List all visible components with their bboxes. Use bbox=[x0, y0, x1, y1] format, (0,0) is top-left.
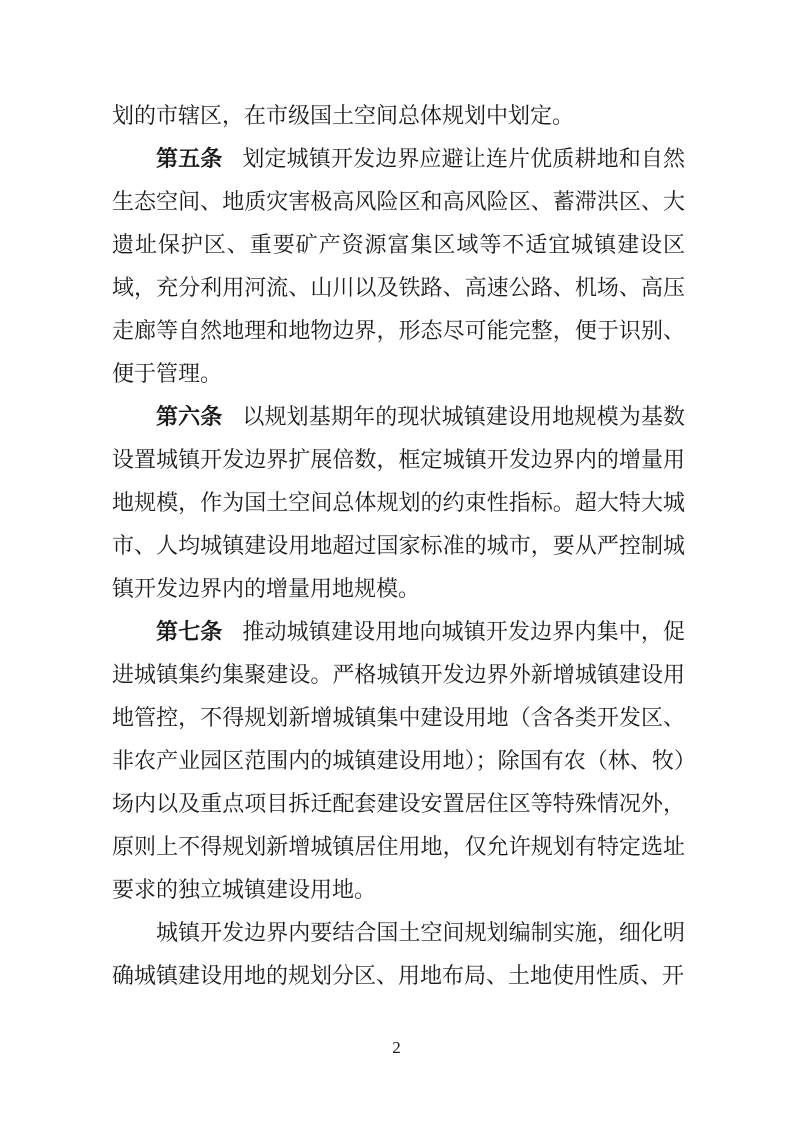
article-number: 第七条 bbox=[156, 619, 222, 644]
paragraph-text: 划的市辖区，在市级国土空间总体规划中划定。 bbox=[112, 103, 574, 128]
paragraph: 城镇开发边界内要结合国土空间规划编制实施，细化明确城镇建设用地的规划分区、用地布… bbox=[112, 911, 685, 997]
document-body: 划的市辖区，在市级国土空间总体规划中划定。第五条划定城镇开发边界应避让连片优质耕… bbox=[112, 94, 685, 997]
document-page: 划的市辖区，在市级国土空间总体规划中划定。第五条划定城镇开发边界应避让连片优质耕… bbox=[0, 0, 793, 1123]
paragraph: 第七条推动城镇建设用地向城镇开发边界内集中，促进城镇集约集聚建设。严格城镇开发边… bbox=[112, 610, 685, 911]
paragraph-text: 推动城镇建设用地向城镇开发边界内集中，促进城镇集约集聚建设。严格城镇开发边界外新… bbox=[112, 619, 685, 902]
page-number: 2 bbox=[0, 1036, 793, 1060]
article-number: 第六条 bbox=[156, 404, 222, 429]
paragraph-text: 城镇开发边界内要结合国土空间规划编制实施，细化明确城镇建设用地的规划分区、用地布… bbox=[112, 920, 685, 988]
paragraph: 划的市辖区，在市级国土空间总体规划中划定。 bbox=[112, 94, 685, 137]
paragraph: 第五条划定城镇开发边界应避让连片优质耕地和自然生态空间、地质灾害极高风险区和高风… bbox=[112, 137, 685, 395]
paragraph-text: 以规划基期年的现状城镇建设用地规模为基数设置城镇开发边界扩展倍数，框定城镇开发边… bbox=[112, 404, 685, 601]
paragraph-text: 划定城镇开发边界应避让连片优质耕地和自然生态空间、地质灾害极高风险区和高风险区、… bbox=[112, 146, 685, 386]
article-number: 第五条 bbox=[156, 146, 222, 171]
paragraph: 第六条以规划基期年的现状城镇建设用地规模为基数设置城镇开发边界扩展倍数，框定城镇… bbox=[112, 395, 685, 610]
